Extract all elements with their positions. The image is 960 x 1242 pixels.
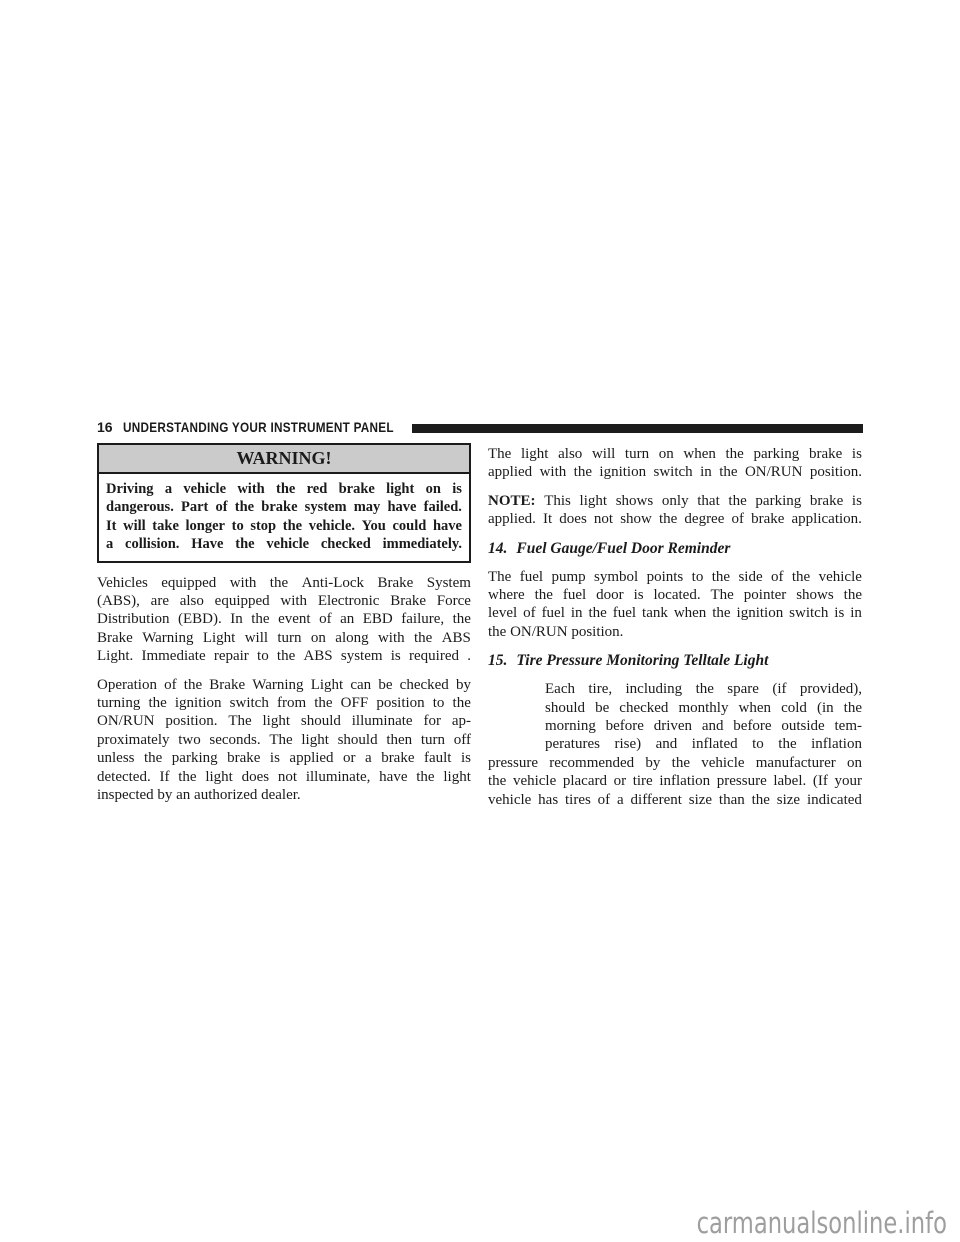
header-bar xyxy=(412,424,863,433)
text-line: Thelightalsowillturnonwhentheparkingbrak… xyxy=(488,445,862,463)
paragraph: VehiclesequippedwiththeAnti-LockBrakeSys… xyxy=(97,574,471,666)
text-line: dangerous.Partofthebrakesystemmayhavefai… xyxy=(106,498,462,516)
paragraph: Thefuelpumpsymbolpointstothesideoftheveh… xyxy=(488,568,862,642)
text-line: peraturesrise)andinflatedtotheinflation xyxy=(545,735,862,753)
text-line: applied.Itdoesnotshowthedegreeofbrakeapp… xyxy=(488,510,862,528)
text-line: proximatelytwoseconds.Thelightshouldthen… xyxy=(97,731,471,749)
text-line: unlesstheparkingbrakeisappliedorabrakefa… xyxy=(97,749,471,767)
text-line: Light.ImmediaterepairtotheABSsystemisreq… xyxy=(97,647,471,665)
text-line: shouldbecheckedmonthlywhencold(inthe xyxy=(545,699,862,717)
page-header-title: UNDERSTANDING YOUR INSTRUMENT PANEL xyxy=(123,419,394,435)
text-line: wherethefueldoorislocated.Thepointershow… xyxy=(488,586,862,604)
text-line: OperationoftheBrakeWarningLightcanbechec… xyxy=(97,676,471,694)
manual-page: 16 UNDERSTANDING YOUR INSTRUMENT PANEL W… xyxy=(0,0,960,1242)
text-line: morningbeforedrivenandbeforeoutsidetem- xyxy=(545,717,862,735)
warning-box: WARNING! Drivingavehiclewiththeredbrakel… xyxy=(97,443,471,563)
text-line: inspected by an authorized dealer. xyxy=(97,786,471,804)
left-column-text: VehiclesequippedwiththeAnti-LockBrakeSys… xyxy=(97,574,471,805)
text-line: NOTE:Thislightshowsonlythattheparkingbra… xyxy=(488,492,862,510)
section-number: 14. xyxy=(488,540,507,557)
text-line: detected.Ifthelightdoesnotilluminate,hav… xyxy=(97,768,471,786)
text-line: acollision.Havethevehiclecheckedimmediat… xyxy=(106,535,462,553)
text-line: (ABS),arealsoequippedwithElectronicBrake… xyxy=(97,592,471,610)
text-line: turningtheignitionswitchfromtheOFFpositi… xyxy=(97,694,471,712)
text-line: appliedwiththeignitionswitchintheON/RUNp… xyxy=(488,463,862,481)
text-line: BrakeWarningLightwillturnonalongwiththeA… xyxy=(97,629,471,647)
section-number: 15. xyxy=(488,652,507,669)
text-line: Itwilltakelongertostopthevehicle.Youcoul… xyxy=(106,517,462,535)
text-line: VehiclesequippedwiththeAnti-LockBrakeSys… xyxy=(97,574,471,592)
warning-body: Drivingavehiclewiththeredbrakelightonisd… xyxy=(99,474,469,561)
left-column: WARNING! Drivingavehiclewiththeredbrakel… xyxy=(97,443,471,815)
paragraph: NOTE:Thislightshowsonlythattheparkingbra… xyxy=(488,492,862,529)
text-line: Thefuelpumpsymbolpointstothesideoftheveh… xyxy=(488,568,862,586)
text-line: leveloffuelinthefueltankwhentheignitions… xyxy=(488,604,862,622)
warning-title: WARNING! xyxy=(99,445,469,474)
paragraph: Eachtire,includingthespare(ifprovided),s… xyxy=(488,680,862,809)
page-header: 16 UNDERSTANDING YOUR INSTRUMENT PANEL xyxy=(97,419,863,435)
page-number: 16 xyxy=(97,419,113,435)
right-column-text: Thelightalsowillturnonwhentheparkingbrak… xyxy=(488,445,862,809)
paragraph: Thelightalsowillturnonwhentheparkingbrak… xyxy=(488,445,862,482)
text-line: Eachtire,includingthespare(ifprovided), xyxy=(545,680,862,698)
right-column: Thelightalsowillturnonwhentheparkingbrak… xyxy=(488,445,862,819)
text-line: ON/RUNposition.Thelightshouldilluminatef… xyxy=(97,712,471,730)
text-line: thevehicleplacardortireinflationpressure… xyxy=(488,772,862,790)
text-line: vehiclehastiresofadifferentsizethanthesi… xyxy=(488,791,862,809)
section-title: Fuel Gauge/Fuel Door Reminder xyxy=(516,540,730,557)
text-line: Drivingavehiclewiththeredbrakelightonis xyxy=(106,480,462,498)
paragraph: OperationoftheBrakeWarningLightcanbechec… xyxy=(97,676,471,805)
text-line: the ON/RUN position. xyxy=(488,623,862,641)
section-heading: 14.Fuel Gauge/Fuel Door Reminder xyxy=(488,539,862,558)
text-line: pressurerecommendedbythevehiclemanufactu… xyxy=(488,754,862,772)
section-heading: 15.Tire Pressure Monitoring Telltale Lig… xyxy=(488,651,862,670)
section-title: Tire Pressure Monitoring Telltale Light xyxy=(516,652,768,669)
watermark: carmanualsonline.info xyxy=(697,1206,947,1240)
text-line: Distribution(EBD).IntheeventofanEBDfailu… xyxy=(97,610,471,628)
